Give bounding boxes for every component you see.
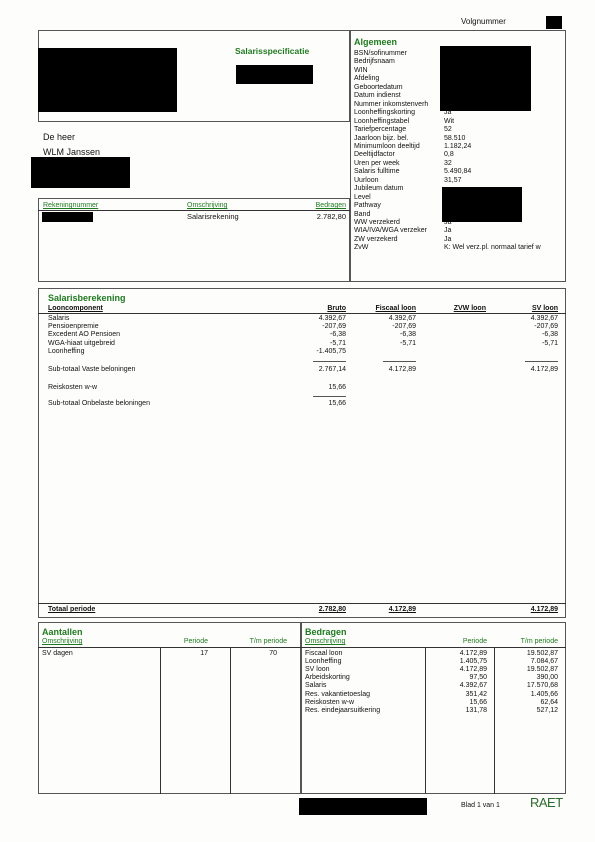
reiskosten-label: Reiskosten w-w bbox=[48, 384, 97, 392]
personal-data-redacted bbox=[440, 46, 531, 111]
salaris-cell-label: Pensioenpremie bbox=[48, 323, 99, 331]
subtotaal-onbelast-bruto: 15,66 bbox=[290, 400, 346, 408]
algemeen-field-label: Datum indienst bbox=[354, 92, 401, 100]
algemeen-field-value: K: Wel verz.pl. normaal tarief w bbox=[444, 244, 541, 252]
bedragen-divider-1 bbox=[425, 647, 426, 794]
aantallen-divider-2 bbox=[230, 647, 231, 794]
algemeen-field-label: Uurloon bbox=[354, 177, 379, 185]
bedragen-header-omschrijving: Omschrijving bbox=[305, 638, 345, 646]
account-number-redacted bbox=[42, 212, 93, 222]
algemeen-field-label: WIN bbox=[354, 67, 368, 75]
separator-sv bbox=[525, 361, 558, 362]
raet-logo: RAET bbox=[530, 796, 563, 810]
salaris-cell-bruto: -1.405,75 bbox=[290, 348, 346, 356]
salaris-cell-bruto: -6,38 bbox=[290, 331, 346, 339]
aantallen-row-tm: 70 bbox=[220, 650, 277, 658]
bank-omschrijving: Salarisrekening bbox=[187, 213, 239, 221]
bedragen-title: Bedragen bbox=[305, 627, 347, 637]
algemeen-field-value: Wit bbox=[444, 118, 454, 126]
algemeen-title: Algemeen bbox=[354, 37, 397, 47]
algemeen-field-value: 52 bbox=[444, 126, 452, 134]
career-data-redacted bbox=[442, 187, 522, 222]
aantallen-title: Aantallen bbox=[42, 627, 83, 637]
algemeen-field-label: Bedrijfsnaam bbox=[354, 58, 395, 66]
algemeen-field-label: Jubileum datum bbox=[354, 185, 403, 193]
algemeen-field-label: Level bbox=[354, 194, 371, 202]
algemeen-field-label: Minimumloon deeltijd bbox=[354, 143, 420, 151]
algemeen-field-label: WW verzekerd bbox=[354, 219, 400, 227]
reiskosten-bruto: 15,66 bbox=[290, 384, 346, 392]
bedragen-header-tm: T/m periode bbox=[495, 638, 558, 646]
algemeen-field-label: ZW verzekerd bbox=[354, 236, 398, 244]
aantallen-row-label: SV dagen bbox=[42, 650, 73, 658]
algemeen-field-value: 1.182,24 bbox=[444, 143, 471, 151]
bedragen-cell-label: Res. eindejaarsuitkering bbox=[305, 707, 380, 715]
subtotaal-vast-bruto: 2.767,14 bbox=[290, 366, 346, 374]
volgnummer-label: Volgnummer bbox=[461, 18, 506, 26]
aantallen-divider-1 bbox=[160, 647, 161, 794]
aantallen-header-tm: T/m periode bbox=[220, 638, 287, 646]
separator-reiskosten bbox=[313, 396, 346, 397]
aantallen-header-periode: Periode bbox=[150, 638, 208, 646]
salaris-cell-bruto: -5,71 bbox=[290, 340, 346, 348]
subtotaal-vast-fiscaal: 4.172,89 bbox=[360, 366, 416, 374]
totaal-fiscaal: 4.172,89 bbox=[360, 606, 416, 614]
algemeen-field-label: Geboortedatum bbox=[354, 84, 403, 92]
period-redacted bbox=[236, 65, 313, 84]
aantallen-header-line bbox=[38, 647, 301, 648]
salaris-cell-label: Loonheffing bbox=[48, 348, 84, 356]
separator-fiscaal bbox=[383, 361, 416, 362]
page-number: Blad 1 van 1 bbox=[461, 802, 500, 810]
employer-logo-redacted bbox=[38, 48, 177, 112]
algemeen-field-value: 32 bbox=[444, 160, 452, 168]
totaal-bruto: 2.782,80 bbox=[290, 606, 346, 614]
totaal-label: Totaal periode bbox=[48, 606, 95, 614]
subtotaal-vast-sv: 4.172,89 bbox=[500, 366, 558, 374]
algemeen-field-label: Nummer inkomstenverh bbox=[354, 101, 428, 109]
bank-bedrag: 2.782,80 bbox=[290, 213, 346, 221]
algemeen-field-label: ZvW bbox=[354, 244, 368, 252]
algemeen-field-label: Loonheffingstabel bbox=[354, 118, 409, 126]
algemeen-field-value: Ja bbox=[444, 236, 451, 244]
salaris-cell-sv: -5,71 bbox=[500, 340, 558, 348]
algemeen-field-value: Ja bbox=[444, 227, 451, 235]
algemeen-field-value: 31,57 bbox=[444, 177, 462, 185]
salaris-cell-bruto: 4.392,67 bbox=[290, 315, 346, 323]
algemeen-field-label: WIA/IVA/WGA verzeker bbox=[354, 227, 427, 235]
salaris-cell-fiscaal: -5,71 bbox=[360, 340, 416, 348]
salaris-header-line bbox=[38, 313, 566, 314]
algemeen-field-label: Uren per week bbox=[354, 160, 400, 168]
address-redacted bbox=[31, 157, 130, 188]
salaris-cell-sv: 4.392,67 bbox=[500, 315, 558, 323]
addressee-salutation: De heer bbox=[43, 132, 75, 143]
algemeen-field-label: Jaarloon bijz. bel. bbox=[354, 135, 408, 143]
aantallen-row-periode: 17 bbox=[150, 650, 208, 658]
algemeen-field-label: Band bbox=[354, 211, 370, 219]
volgnummer-redacted bbox=[546, 16, 562, 29]
bedragen-cell-tm: 527,12 bbox=[495, 707, 558, 715]
document-title: Salarisspecificatie bbox=[235, 47, 309, 55]
algemeen-field-value: 5.490,84 bbox=[444, 168, 471, 176]
salaris-cell-label: Salaris bbox=[48, 315, 69, 323]
salaris-cell-label: Excedent AO Pensioen bbox=[48, 331, 120, 339]
salaris-cell-fiscaal: -6,38 bbox=[360, 331, 416, 339]
salaris-cell-sv: -6,38 bbox=[500, 331, 558, 339]
totaal-line bbox=[38, 603, 566, 604]
algemeen-field-label: Tariefpercentage bbox=[354, 126, 406, 134]
footer-redacted bbox=[299, 798, 427, 815]
salaris-cell-label: WGA-hiaat uitgebreid bbox=[48, 340, 115, 348]
bank-header-line bbox=[38, 210, 350, 211]
salaris-cell-fiscaal: -207,69 bbox=[360, 323, 416, 331]
algemeen-field-value: 58.510 bbox=[444, 135, 465, 143]
bedragen-cell-periode: 131,78 bbox=[430, 707, 487, 715]
algemeen-field-label: BSN/sofinummer bbox=[354, 50, 407, 58]
aantallen-header-omschrijving: Omschrijving bbox=[42, 638, 82, 646]
algemeen-field-label: Salaris fulltime bbox=[354, 168, 400, 176]
algemeen-field-label: Afdeling bbox=[354, 75, 379, 83]
subtotaal-vast-label: Sub-totaal Vaste beloningen bbox=[48, 366, 135, 374]
totaal-sv: 4.172,89 bbox=[500, 606, 558, 614]
subtotaal-onbelast-label: Sub-totaal Onbelaste beloningen bbox=[48, 400, 150, 408]
salaris-cell-bruto: -207,69 bbox=[290, 323, 346, 331]
salaris-cell-fiscaal: 4.392,67 bbox=[360, 315, 416, 323]
salarisberekening-title: Salarisberekening bbox=[48, 293, 126, 303]
algemeen-field-label: Pathway bbox=[354, 202, 381, 210]
bedragen-header-periode: Periode bbox=[430, 638, 487, 646]
separator-bruto bbox=[313, 361, 346, 362]
algemeen-field-label: Deeltijdfactor bbox=[354, 151, 395, 159]
bedragen-header-line bbox=[301, 647, 566, 648]
algemeen-field-value: 0,8 bbox=[444, 151, 454, 159]
salaris-cell-sv: -207,69 bbox=[500, 323, 558, 331]
algemeen-field-label: Loonheffingskorting bbox=[354, 109, 415, 117]
